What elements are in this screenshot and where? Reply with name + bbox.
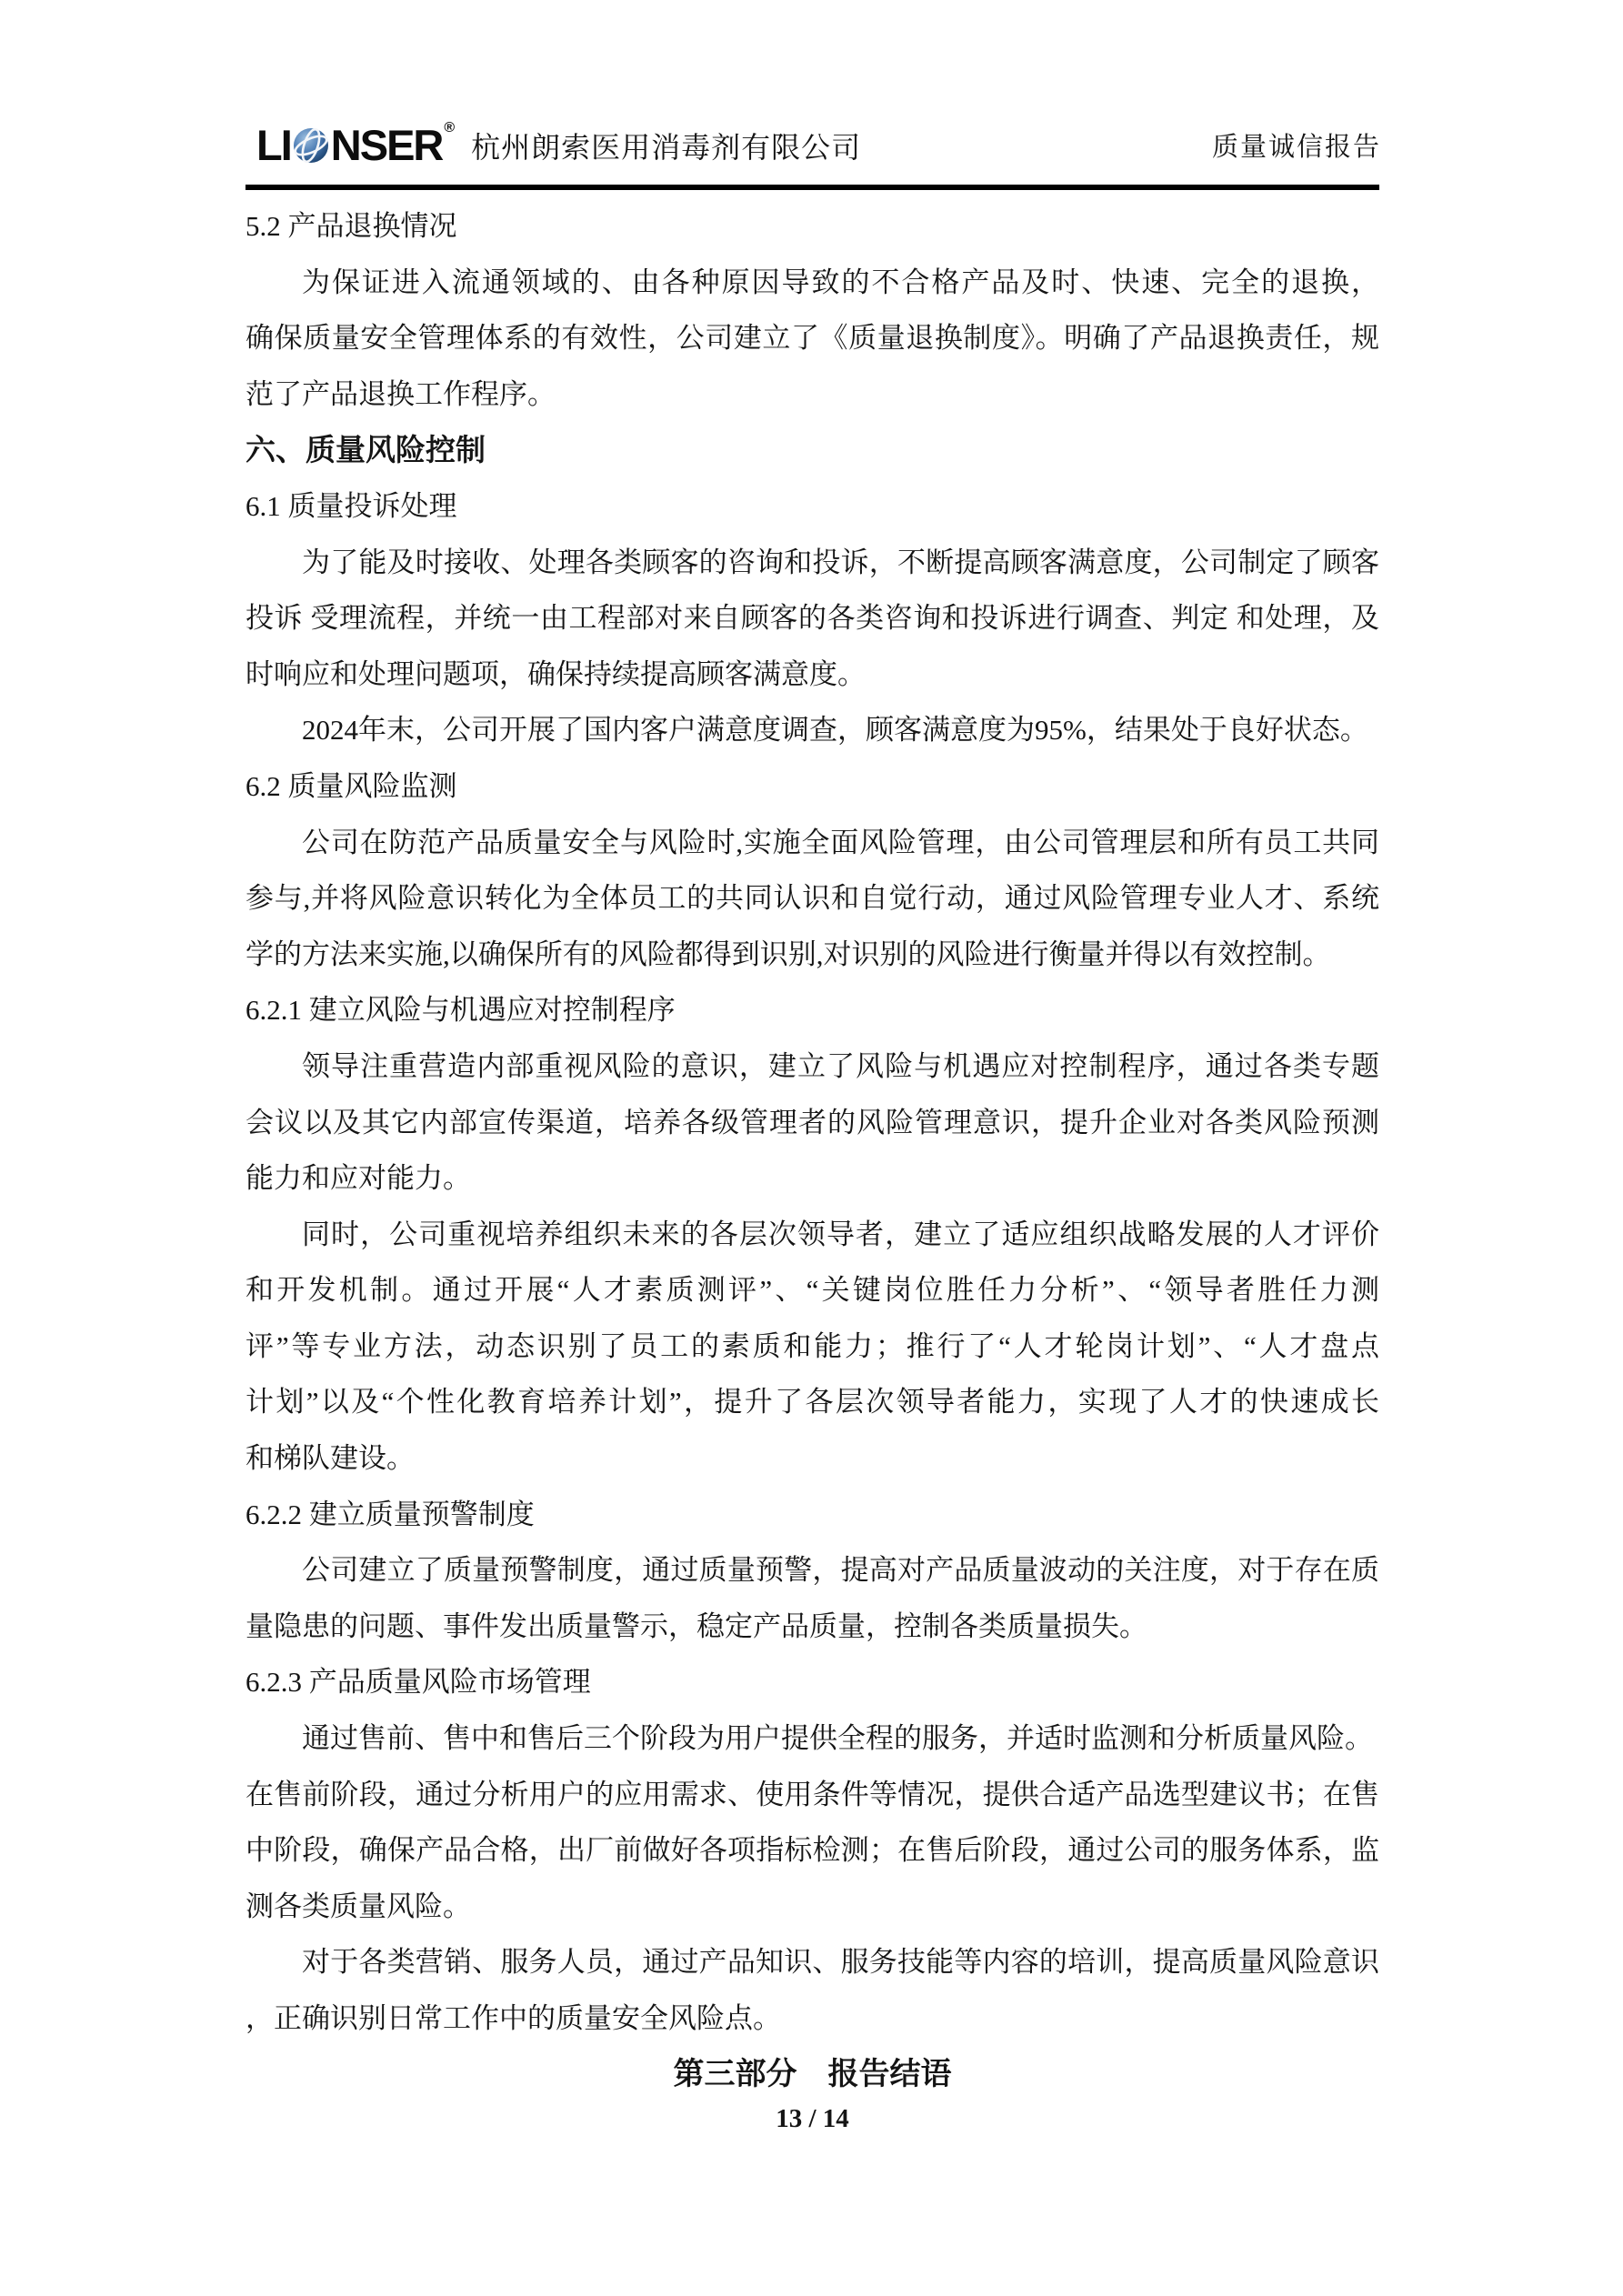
body-line: 学的方法来实施,以确保所有的风险都得到识别,对识别的风险进行衡量并得以有效控制。 xyxy=(245,927,1379,983)
body-line: 投诉 受理流程，并统一由工程部对来自顾客的各类咨询和投诉进行调查、判定 和处理，… xyxy=(245,590,1379,647)
body-line: 评”等专业方法，动态识别了员工的素质和能力；推行了“人才轮岗计划”、“人才盘点 xyxy=(245,1318,1379,1375)
page-number: 13 / 14 xyxy=(245,2099,1379,2139)
body-line: 在售前阶段，通过分析用户的应用需求、使用条件等情况，提供合适产品选型建议书；在售 xyxy=(245,1767,1379,1823)
body-line: 公司建立了质量预警制度，通过质量预警，提高对产品质量波动的关注度，对于存在质 xyxy=(245,1542,1379,1599)
body-line: 测各类质量风险。 xyxy=(245,1879,1379,1935)
body-line: 为了能及时接收、处理各类顾客的咨询和投诉，不断提高顾客满意度，公司制定了顾客 xyxy=(245,535,1379,591)
section-heading: 6.1 质量投诉处理 xyxy=(245,478,1379,535)
document-body: 5.2 产品退换情况为保证进入流通领域的、由各种原因导致的不合格产品及时、快速、… xyxy=(245,198,1379,2102)
logo-text-right: NSER xyxy=(331,124,443,166)
body-line: 和开发机制。通过开展“人才素质测评”、“关键岗位胜任力分析”、“领导者胜任力测 xyxy=(245,1262,1379,1318)
section-heading: 6.2 质量风险监测 xyxy=(245,758,1379,815)
part-heading: 第三部分 报告结语 xyxy=(245,2047,1379,2103)
body-line: 公司在防范产品质量安全与风险时,实施全面风险管理，由公司管理层和所有员工共同 xyxy=(245,815,1379,871)
company-name: 杭州朗索医用消毒剂有限公司 xyxy=(471,125,861,166)
body-line: 通过售前、售中和售后三个阶段为用户提供全程的服务，并适时监测和分析质量风险。 xyxy=(245,1710,1379,1767)
chapter-heading: 六、质量风险控制 xyxy=(245,422,1379,478)
body-line: 领导注重营造内部重视风险的意识，建立了风险与机遇应对控制程序，通过各类专题 xyxy=(245,1038,1379,1095)
header-divider xyxy=(245,185,1379,190)
body-line: 会议以及其它内部宣传渠道，培养各级管理者的风险管理意识，提升企业对各类风险预测 xyxy=(245,1095,1379,1151)
body-line: 量隐患的问题、事件发出质量警示，稳定产品质量，控制各类质量损失。 xyxy=(245,1599,1379,1655)
registered-trademark-icon: ® xyxy=(444,120,455,136)
company-logo: LI NSER ® xyxy=(256,124,455,166)
body-line: 为保证进入流通领域的、由各种原因导致的不合格产品及时、快速、完全的退换， xyxy=(245,255,1379,311)
body-line: 和梯队建设。 xyxy=(245,1430,1379,1487)
logo-text-left: LI xyxy=(256,124,291,166)
section-heading: 6.2.2 建立质量预警制度 xyxy=(245,1487,1379,1543)
section-heading: 6.2.3 产品质量风险市场管理 xyxy=(245,1654,1379,1710)
body-line: 确保质量安全管理体系的有效性，公司建立了《质量退换制度》。明确了产品退换责任，规 xyxy=(245,310,1379,366)
body-line: 参与,并将风险意识转化为全体员工的共同认识和自觉行动，通过风险管理专业人才、系统… xyxy=(245,870,1379,927)
body-line: 范了产品退换工作程序。 xyxy=(245,366,1379,423)
document-page: LI NSER ® 杭州朗索医用消毒剂有限公司 质量诚信报告 5.2 产品退换情… xyxy=(0,0,1623,2296)
body-line: 时响应和处理问题项，确保持续提高顾客满意度。 xyxy=(245,647,1379,703)
body-line: 对于各类营销、服务人员，通过产品知识、服务技能等内容的培训，提高质量风险意识 xyxy=(245,1934,1379,1990)
document-title: 质量诚信报告 xyxy=(1212,126,1381,164)
body-line: ，正确识别日常工作中的质量安全风险点。 xyxy=(245,1990,1379,2047)
section-heading: 6.2.1 建立风险与机遇应对控制程序 xyxy=(245,982,1379,1038)
page-header: LI NSER ® 杭州朗索医用消毒剂有限公司 质量诚信报告 xyxy=(256,124,1381,166)
body-line: 同时，公司重视培养组织未来的各层次领导者，建立了适应组织战略发展的人才评价 xyxy=(245,1207,1379,1263)
body-line: 计划”以及“个性化教育培养计划”，提升了各层次领导者能力，实现了人才的快速成长 xyxy=(245,1374,1379,1430)
body-line: 中阶段，确保产品合格，出厂前做好各项指标检测；在售后阶段，通过公司的服务体系，监 xyxy=(245,1822,1379,1879)
section-heading: 5.2 产品退换情况 xyxy=(245,198,1379,255)
body-line: 能力和应对能力。 xyxy=(245,1150,1379,1207)
globe-icon xyxy=(293,127,329,164)
body-line: 2024年末，公司开展了国内客户满意度调查，顾客满意度为95%，结果处于良好状态… xyxy=(245,702,1379,758)
